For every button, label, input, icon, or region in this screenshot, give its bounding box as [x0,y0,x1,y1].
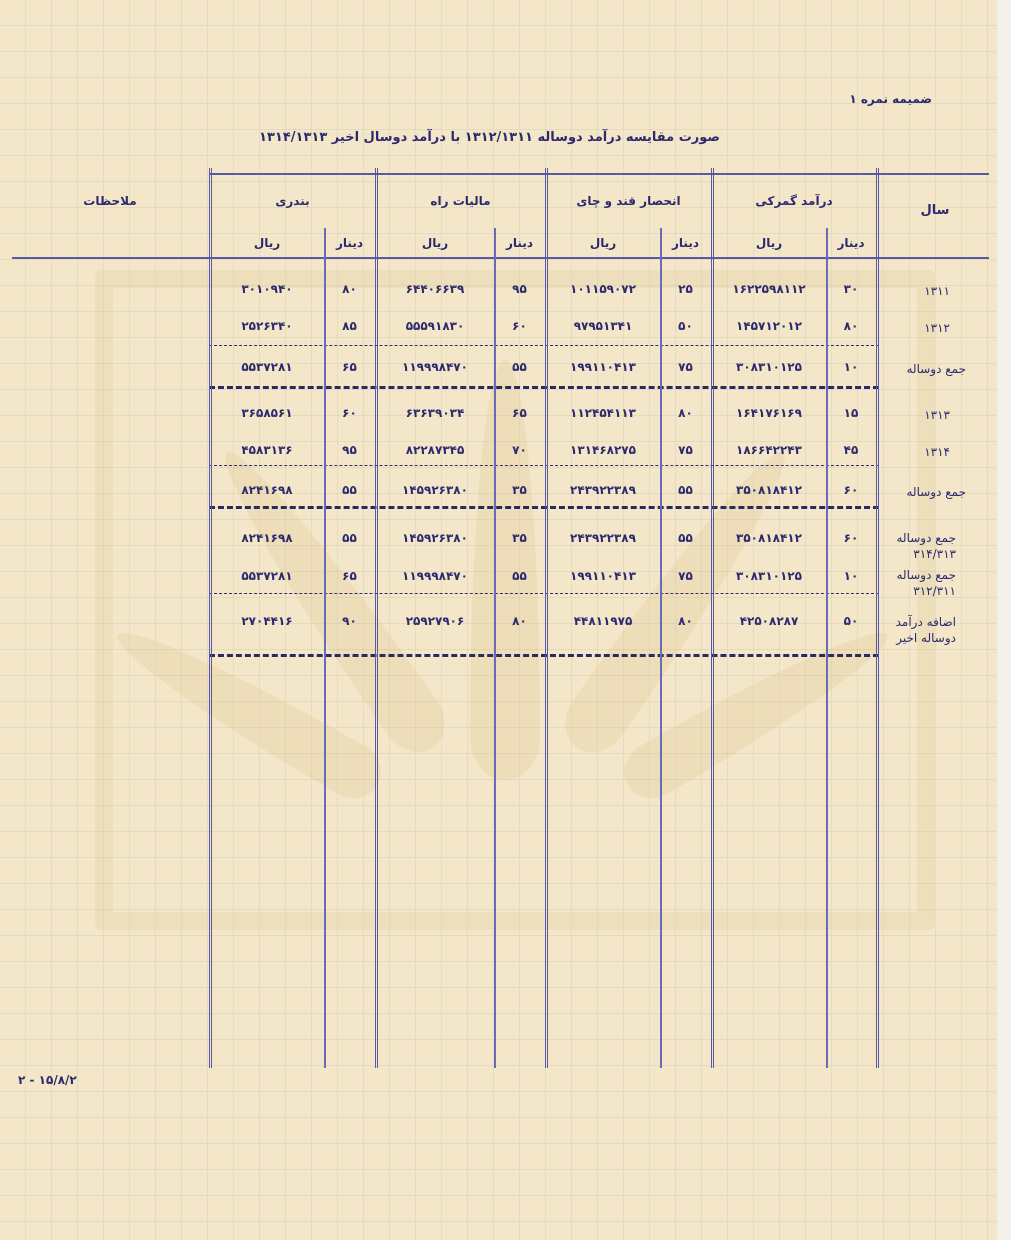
subheader-rial: ریال [376,236,494,250]
sugar-dinar: ۵۰ [660,319,711,333]
port-dinar: ۹۵ [324,443,375,457]
road-dinar: ۷۰ [494,443,545,457]
port-dinar: ۵۵ [324,483,375,497]
road-rial: ۸۲۲۸۷۳۴۵ [376,443,494,457]
customs-dinar: ۱۰ [826,569,876,583]
customs-rial: ۱۸۶۶۴۲۲۴۳ [712,443,826,457]
road-rial: ۱۴۵۹۲۶۳۸۰ [376,531,494,545]
road-dinar: ۹۵ [494,282,545,296]
customs-rial: ۳۰۸۳۱۰۱۲۵ [712,360,826,374]
row-separator [209,465,879,466]
customs-dinar: ۶۰ [826,483,876,497]
row-label: جمع دوساله [880,484,966,500]
port-dinar: ۶۵ [324,360,375,374]
header-sugar-tea: انحصار قند و چای [546,194,711,208]
road-dinar: ۳۵ [494,483,545,497]
customs-dinar: ۱۰ [826,360,876,374]
customs-rial: ۴۲۵۰۸۲۸۷ [712,614,826,628]
row-label: ۱۳۱۴ [880,444,950,460]
sugar-rial: ۲۴۳۹۲۲۳۸۹ [546,531,660,545]
subheader-rial: ریال [546,236,660,250]
sugar-rial: ۹۷۹۵۱۳۴۱ [546,319,660,333]
row-label: جمع دوساله ۳۱۴/۳۱۳ [880,530,956,562]
road-dinar: ۳۵ [494,531,545,545]
port-dinar: ۸۵ [324,319,375,333]
sugar-rial: ۱۱۲۴۵۴۱۱۳ [546,406,660,420]
road-rial: ۵۵۵۹۱۸۳۰ [376,319,494,333]
sugar-rial: ۲۴۳۹۲۲۳۸۹ [546,483,660,497]
road-rial: ۱۱۹۹۹۸۴۷۰ [376,569,494,583]
port-rial: ۲۷۰۴۴۱۶ [210,614,324,628]
sugar-dinar: ۷۵ [660,360,711,374]
row-label: اضافه درآمد دوساله اخیر [880,614,956,646]
port-rial: ۸۲۴۱۶۹۸ [210,483,324,497]
sugar-dinar: ۵۵ [660,531,711,545]
port-rial: ۲۵۲۶۳۴۰ [210,319,324,333]
port-dinar: ۶۵ [324,569,375,583]
customs-dinar: ۶۰ [826,531,876,545]
row-separator [209,506,879,509]
sugar-rial: ۱۳۱۴۶۸۲۷۵ [546,443,660,457]
port-dinar: ۹۰ [324,614,375,628]
customs-dinar: ۵۰ [826,614,876,628]
document-title: صورت مقایسه درآمد دوساله ۱۳۱۲/۱۳۱۱ با در… [280,130,720,145]
row-label: ۱۳۱۲ [880,320,950,336]
sugar-rial: ۱۹۹۱۱۰۴۱۳ [546,569,660,583]
port-dinar: ۸۰ [324,282,375,296]
customs-rial: ۳۵۰۸۱۸۴۱۲ [712,531,826,545]
table-top-rule [209,173,989,175]
row-label: جمع دوساله [880,361,966,377]
road-dinar: ۵۵ [494,569,545,583]
road-rial: ۱۴۵۹۲۶۳۸۰ [376,483,494,497]
customs-dinar: ۱۵ [826,406,876,420]
column-rule [826,228,828,1068]
sugar-dinar: ۲۵ [660,282,711,296]
sugar-dinar: ۵۵ [660,483,711,497]
header-remarks: ملاحظات [20,194,200,208]
sugar-dinar: ۷۵ [660,443,711,457]
port-rial: ۵۵۳۷۲۸۱ [210,569,324,583]
customs-dinar: ۴۵ [826,443,876,457]
row-label: جمع دوساله ۳۱۲/۳۱۱ [880,567,956,599]
customs-rial: ۱۴۵۷۱۲۰۱۲ [712,319,826,333]
column-rule [494,228,496,1068]
row-separator [209,345,879,346]
port-rial: ۳۰۱۰۹۴۰ [210,282,324,296]
road-rial: ۶۳۶۳۹۰۳۴ [376,406,494,420]
road-dinar: ۶۵ [494,406,545,420]
sugar-rial: ۴۴۸۱۱۹۷۵ [546,614,660,628]
port-rial: ۵۵۳۷۲۸۱ [210,360,324,374]
row-label: ۱۳۱۳ [880,407,950,423]
road-dinar: ۸۰ [494,614,545,628]
subheader-dinar: دینار [494,236,545,250]
sugar-dinar: ۷۵ [660,569,711,583]
footer-note: ۱۵/۸/۲ - ۲ [18,1073,77,1087]
subheader-rial: ریال [712,236,826,250]
row-separator [209,593,879,594]
sugar-dinar: ۸۰ [660,406,711,420]
customs-dinar: ۸۰ [826,319,876,333]
road-dinar: ۶۰ [494,319,545,333]
customs-rial: ۱۶۲۲۵۹۸۱۱۲ [712,282,826,296]
sugar-rial: ۱۹۹۱۱۰۴۱۳ [546,360,660,374]
row-separator [209,654,879,657]
appendix-label: ضمیمه نمره ۱ [849,92,932,106]
road-dinar: ۵۵ [494,360,545,374]
column-rule [660,228,662,1068]
row-label: ۱۳۱۱ [880,283,950,299]
port-dinar: ۵۵ [324,531,375,545]
road-rial: ۶۴۴۰۶۶۳۹ [376,282,494,296]
subheader-dinar: دینار [324,236,375,250]
customs-rial: ۳۵۰۸۱۸۴۱۲ [712,483,826,497]
column-rule [324,228,326,1068]
header-bottom-rule [12,257,989,259]
customs-dinar: ۳۰ [826,282,876,296]
road-rial: ۲۵۹۲۷۹۰۶ [376,614,494,628]
header-road-tax: مالیات راه [376,194,545,208]
customs-rial: ۱۶۴۱۷۶۱۶۹ [712,406,826,420]
port-dinar: ۶۰ [324,406,375,420]
paper-sheet: ضمیمه نمره ۱ صورت مقایسه درآمد دوساله ۱۳… [0,0,997,1240]
header-year: سال [880,203,990,218]
row-separator [209,386,879,389]
subheader-rial: ریال [210,236,324,250]
header-port: بندری [210,194,375,208]
sugar-rial: ۱۰۱۱۵۹۰۷۲ [546,282,660,296]
port-rial: ۸۲۴۱۶۹۸ [210,531,324,545]
road-rial: ۱۱۹۹۹۸۴۷۰ [376,360,494,374]
port-rial: ۳۶۵۸۵۶۱ [210,406,324,420]
sugar-dinar: ۸۰ [660,614,711,628]
customs-rial: ۳۰۸۳۱۰۱۲۵ [712,569,826,583]
header-customs: درآمد گمرکی [712,194,876,208]
subheader-dinar: دینار [660,236,711,250]
subheader-dinar: دینار [826,236,876,250]
port-rial: ۴۵۸۳۱۳۶ [210,443,324,457]
